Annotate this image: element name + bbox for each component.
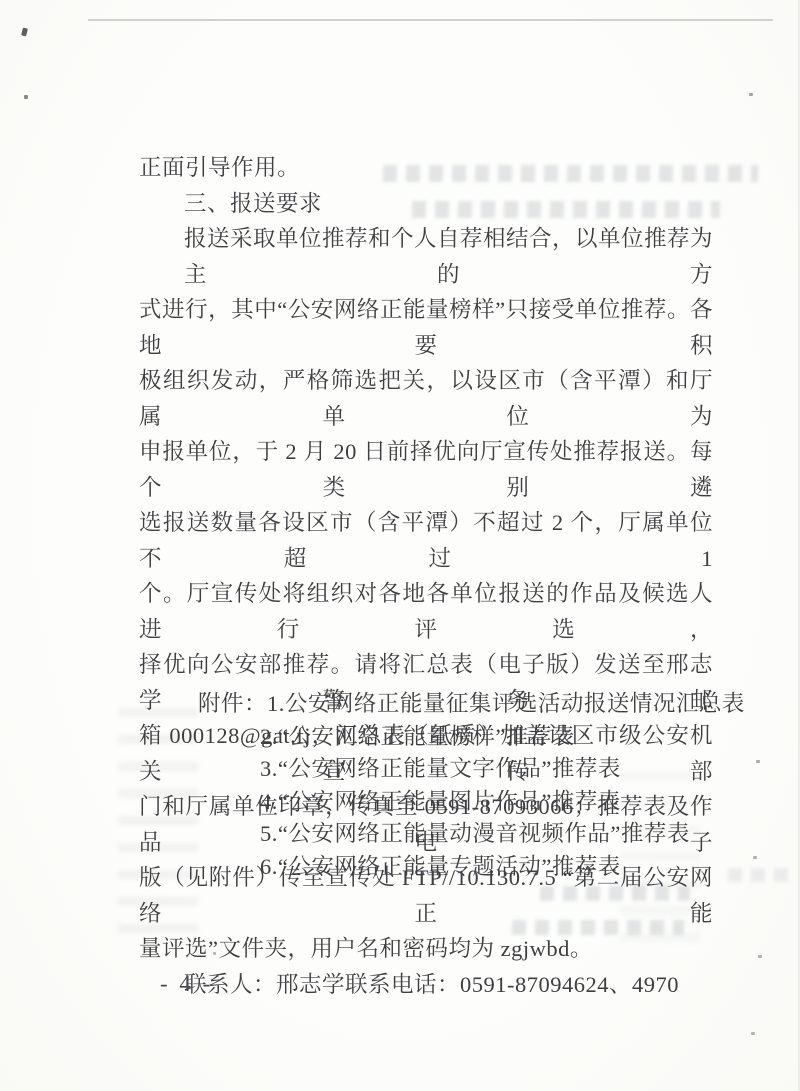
scan-artifact-top-line bbox=[88, 19, 773, 21]
attachment-item: 4.“公安网络正能量图片作品”推荐表 bbox=[198, 786, 738, 819]
paragraph-line: 极组织发动，严格筛选把关，以设区市（含平潭）和厅属单位为 bbox=[139, 363, 713, 434]
scan-speck bbox=[749, 93, 753, 96]
page-number: - 4 - bbox=[160, 971, 213, 997]
paragraph-line: 式进行，其中“公安网络正能量榜样”只接受单位推荐。各地要积 bbox=[139, 292, 713, 363]
contact-line: 联系人：邢志学联系电话：0591-87094624、4970 bbox=[139, 967, 713, 1003]
paragraph-line: 报送采取单位推荐和个人自荐相结合，以单位推荐为主的方 bbox=[139, 221, 713, 292]
attachment-item: 附件：1.公安网络正能量征集评选活动报送情况汇总表 bbox=[198, 688, 738, 721]
attachment-item: 5.“公安网络正能量动漫音视频作品”推荐表 bbox=[198, 818, 738, 851]
section-heading: 三、报送要求 bbox=[139, 186, 713, 222]
attachment-item-text: 1.公安网络正能量征集评选活动报送情况汇总表 bbox=[267, 691, 745, 716]
paragraph-line: 选报送数量各设区市（含平潭）不超过 2 个，厅属单位不超过 1 bbox=[139, 505, 713, 576]
scan-speck bbox=[24, 95, 28, 99]
attachment-item: 3.“公安网络正能量文字作品”推荐表 bbox=[198, 753, 738, 786]
paragraph-continuation: 正面引导作用。 bbox=[139, 150, 713, 186]
paragraph-line: 申报单位，于 2 月 20 日前择优向厅宣传处推荐报送。每个类别遴 bbox=[139, 434, 713, 505]
paragraph-line: 量评选”文件夹，用户名和密码均为 zgjwbd。 bbox=[139, 931, 713, 967]
scanned-document-page: 正面引导作用。 三、报送要求 报送采取单位推荐和个人自荐相结合，以单位推荐为主的… bbox=[0, 0, 800, 1091]
attachment-item: 2.“公安网络正能量榜样”推荐表 bbox=[198, 721, 738, 754]
scan-speck bbox=[21, 28, 28, 37]
attachment-item: 6.“公安网络正能量专题活动”推荐表 bbox=[198, 851, 738, 884]
attachments-label: 附件： bbox=[198, 688, 267, 721]
attachments-list: 附件：1.公安网络正能量征集评选活动报送情况汇总表 2.“公安网络正能量榜样”推… bbox=[198, 688, 738, 883]
scan-speck bbox=[758, 955, 762, 958]
scan-speck bbox=[751, 1032, 755, 1035]
scan-speck bbox=[756, 760, 760, 763]
paragraph-line: 个。厅宣传处将组织对各地各单位报送的作品及候选人进行评选， bbox=[139, 576, 713, 647]
scan-speck bbox=[753, 856, 757, 859]
